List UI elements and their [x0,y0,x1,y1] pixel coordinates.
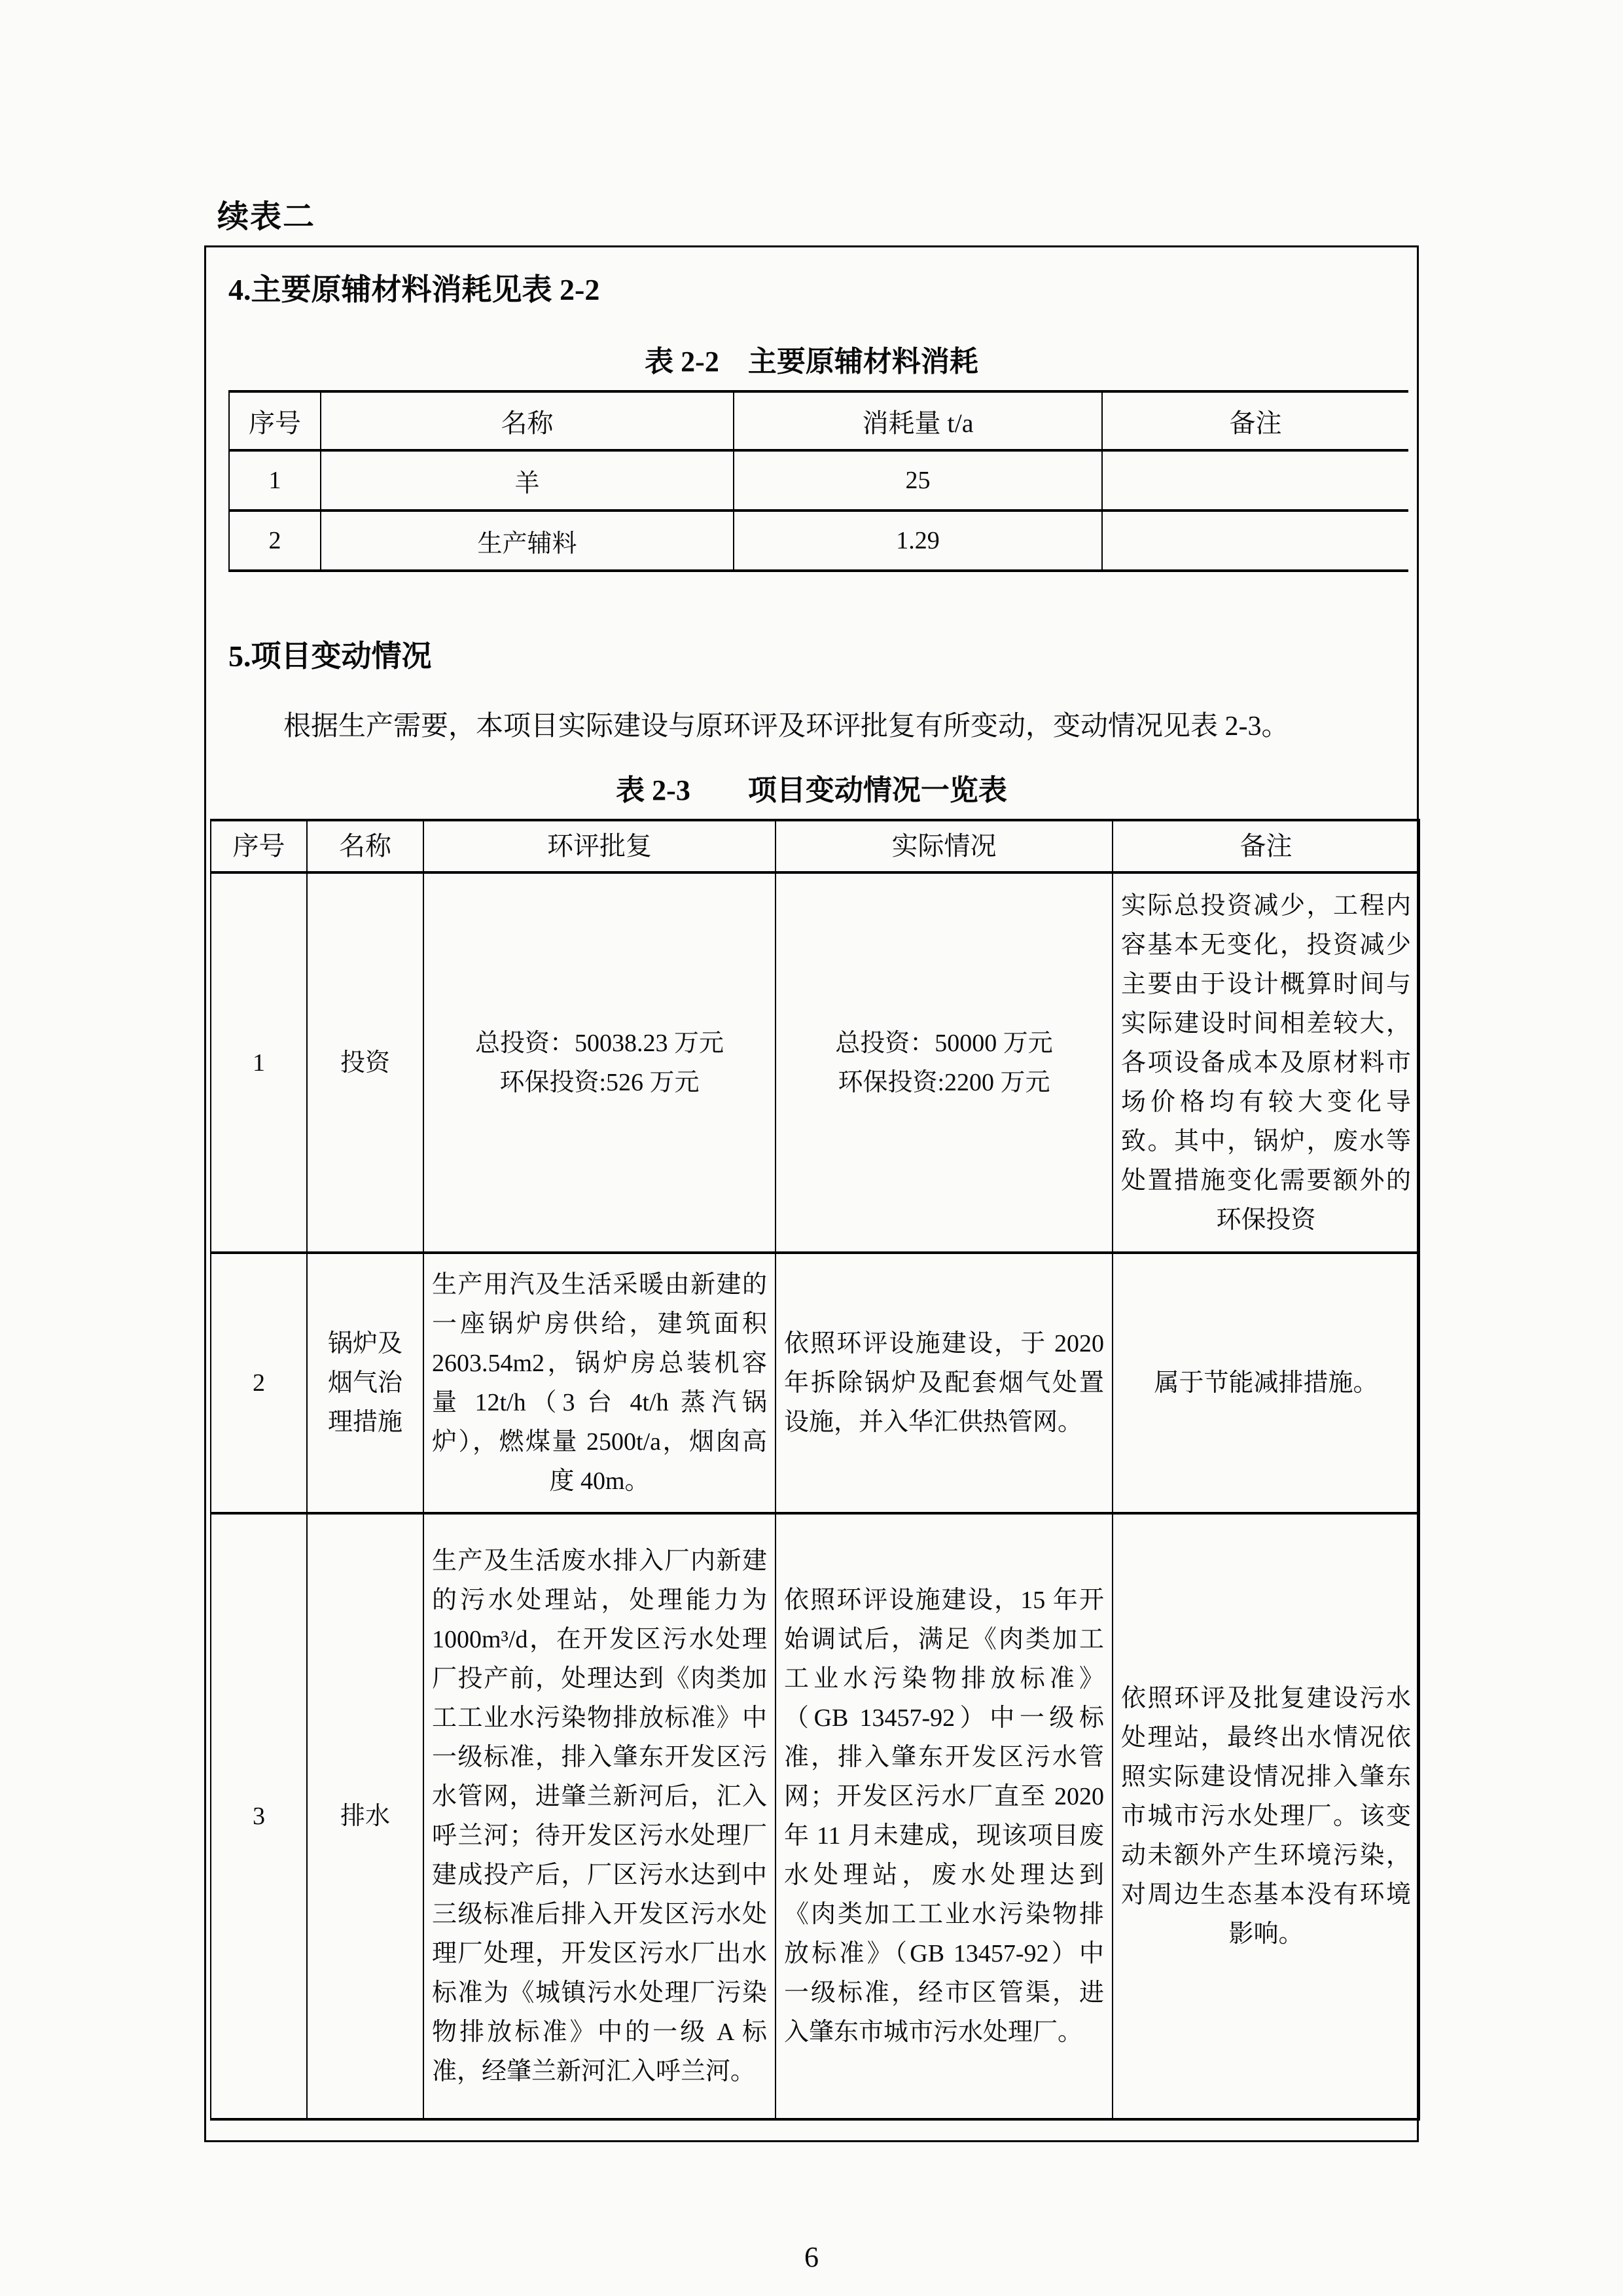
cell-actual: 依照环评设施建设，于 2020 年拆除锅炉及配套烟气处置设施，并入华汇供热管网。 [776,1253,1113,1513]
table-row-investment: 1 投资 总投资：50038.23 万元 环保投资:526 万元 总投资：500… [211,872,1419,1253]
column-header-amount: 消耗量 t/a [734,391,1102,450]
cell-name: 锅炉及 烟气治 理措施 [307,1253,423,1513]
cell-remark: 依照环评及批复建设污水处理站，最终出水情况依照实际建设情况排入肇东市城市污水处理… [1113,1513,1419,2119]
table-2-2: 序号 名称 消耗量 t/a 备注 1 羊 25 2 生产辅料 1.29 [228,390,1408,572]
cell-actual: 总投资：50000 万元 环保投资:2200 万元 [776,872,1113,1253]
section4-heading: 4.主要原辅材料消耗见表 2-2 [228,266,1417,309]
cell-name: 羊 [321,450,734,511]
cell-remark [1102,511,1408,571]
cell-name: 生产辅料 [321,511,734,571]
section5-heading: 5.项目变动情况 [228,632,1417,675]
table-2-3: 序号 名称 环评批复 实际情况 备注 1 投资 总投资：50038.23 万元 … [210,819,1420,2121]
cell-no: 2 [229,511,321,571]
column-header-name: 名称 [321,391,734,450]
column-header-eia-approval: 环评批复 [423,820,776,872]
column-header-remark: 备注 [1102,391,1408,450]
table23-title: 表 2-3 项目变动情况一览表 [206,766,1417,808]
cell-amount: 25 [734,450,1102,511]
table22-title: 表 2-2 主要原辅材料消耗 [206,338,1417,380]
cell-remark: 实际总投资减少，工程内容基本无变化，投资减少主要由于设计概算时间与实际建设时间相… [1113,872,1419,1253]
cell-eia-approval: 总投资：50038.23 万元 环保投资:526 万元 [423,872,776,1253]
cell-remark: 属于节能减排措施。 [1113,1253,1419,1513]
content-box: 4.主要原辅材料消耗见表 2-2 表 2-2 主要原辅材料消耗 序号 名称 消耗… [204,245,1419,2142]
cell-remark [1102,450,1408,511]
continuation-label: 续表二 [0,0,1623,245]
table-row: 1 羊 25 [229,450,1408,511]
section5-paragraph: 根据生产需要，本项目实际建设与原环评及环评批复有所变动，变动情况见表 2-3。 [228,704,1388,749]
cell-amount: 1.29 [734,511,1102,571]
cell-no: 1 [229,450,321,511]
document-page: 续表二 4.主要原辅材料消耗见表 2-2 表 2-2 主要原辅材料消耗 序号 名… [0,0,1623,2296]
table-row: 2 生产辅料 1.29 [229,511,1408,571]
cell-eia-approval: 生产用汽及生活采暖由新建的一座锅炉房供给，建筑面积2603.54m2，锅炉房总装… [423,1253,776,1513]
column-header-remark: 备注 [1113,820,1419,872]
cell-actual: 依照环评设施建设，15 年开始调试后，满足《肉类加工工业水污染物排放标准》（GB… [776,1513,1113,2119]
column-header-name: 名称 [307,820,423,872]
table-2-2-header-row: 序号 名称 消耗量 t/a 备注 [229,391,1408,450]
page-number: 6 [0,2240,1623,2274]
column-header-no: 序号 [229,391,321,450]
cell-no: 1 [211,872,307,1253]
column-header-actual: 实际情况 [776,820,1113,872]
cell-no: 3 [211,1513,307,2119]
table-2-3-header-row: 序号 名称 环评批复 实际情况 备注 [211,820,1419,872]
table-row-boiler: 2 锅炉及 烟气治 理措施 生产用汽及生活采暖由新建的一座锅炉房供给，建筑面积2… [211,1253,1419,1513]
cell-no: 2 [211,1253,307,1513]
table-row-drainage: 3 排水 生产及生活废水排入厂内新建的污水处理站，处理能力为1000m³/d，在… [211,1513,1419,2119]
column-header-no: 序号 [211,820,307,872]
cell-name: 排水 [307,1513,423,2119]
cell-eia-approval: 生产及生活废水排入厂内新建的污水处理站，处理能力为1000m³/d，在开发区污水… [423,1513,776,2119]
cell-name: 投资 [307,872,423,1253]
